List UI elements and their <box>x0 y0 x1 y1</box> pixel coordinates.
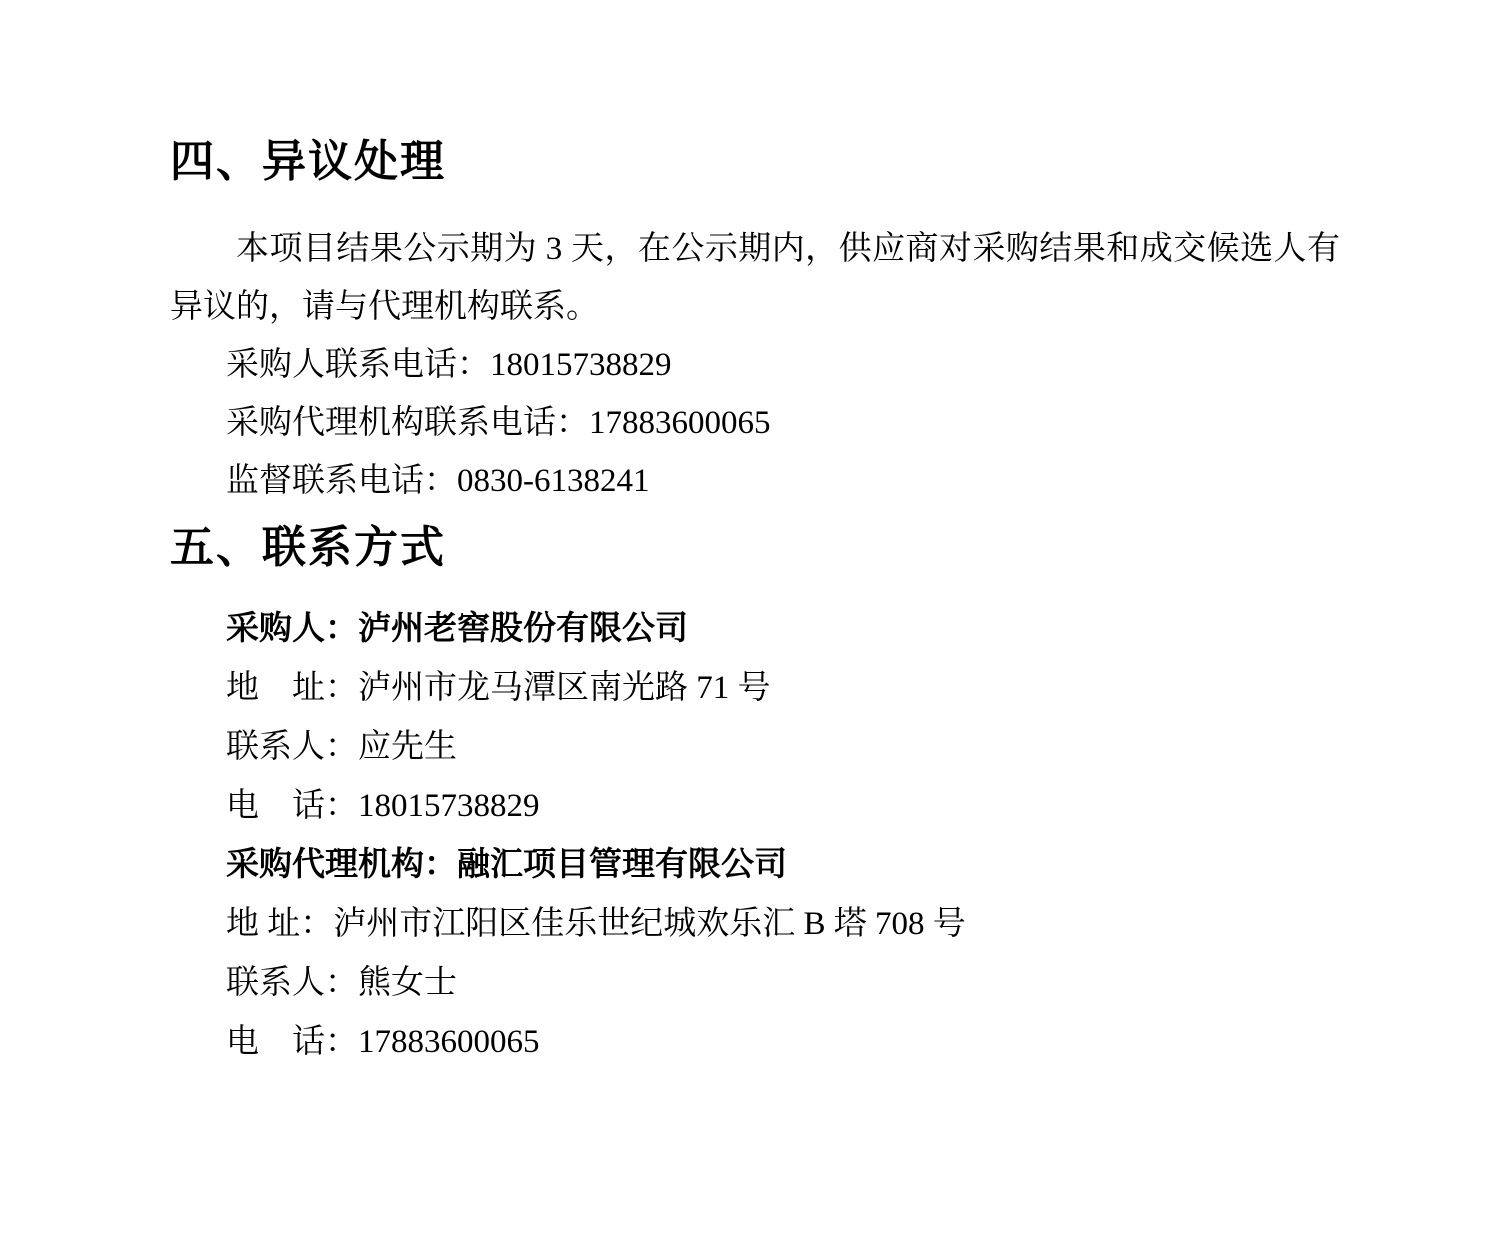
section-4-paragraph: 本项目结果公示期为 3 天，在公示期内，供应商对采购结果和成交候选人有异议的，请… <box>170 220 1340 336</box>
buyer-address-line: 地 址：泸州市龙马潭区南光路 71 号 <box>170 659 1340 718</box>
agency-title-line: 采购代理机构：融汇项目管理有限公司 <box>170 836 1340 895</box>
section-4-heading: 四、异议处理 <box>170 134 1340 190</box>
agency-phone-line: 采购代理机构联系电话：17883600065 <box>170 394 1340 452</box>
buyer-phone-detail-line: 电 话：18015738829 <box>170 777 1340 836</box>
buyer-phone-line: 采购人联系电话：18015738829 <box>170 336 1340 394</box>
agency-phone-detail-line: 电 话：17883600065 <box>170 1013 1340 1072</box>
section-5-heading: 五、联系方式 <box>170 520 1340 576</box>
agency-address-line: 地 址：泸州市江阳区佳乐世纪城欢乐汇 B 塔 708 号 <box>170 895 1340 954</box>
agency-contact-line: 联系人：熊女士 <box>170 954 1340 1013</box>
buyer-title-line: 采购人：泸州老窖股份有限公司 <box>170 600 1340 659</box>
document-page: 四、异议处理 本项目结果公示期为 3 天，在公示期内，供应商对采购结果和成交候选… <box>0 0 1500 1256</box>
supervision-phone-line: 监督联系电话：0830-6138241 <box>170 452 1340 510</box>
buyer-contact-line: 联系人：应先生 <box>170 718 1340 777</box>
